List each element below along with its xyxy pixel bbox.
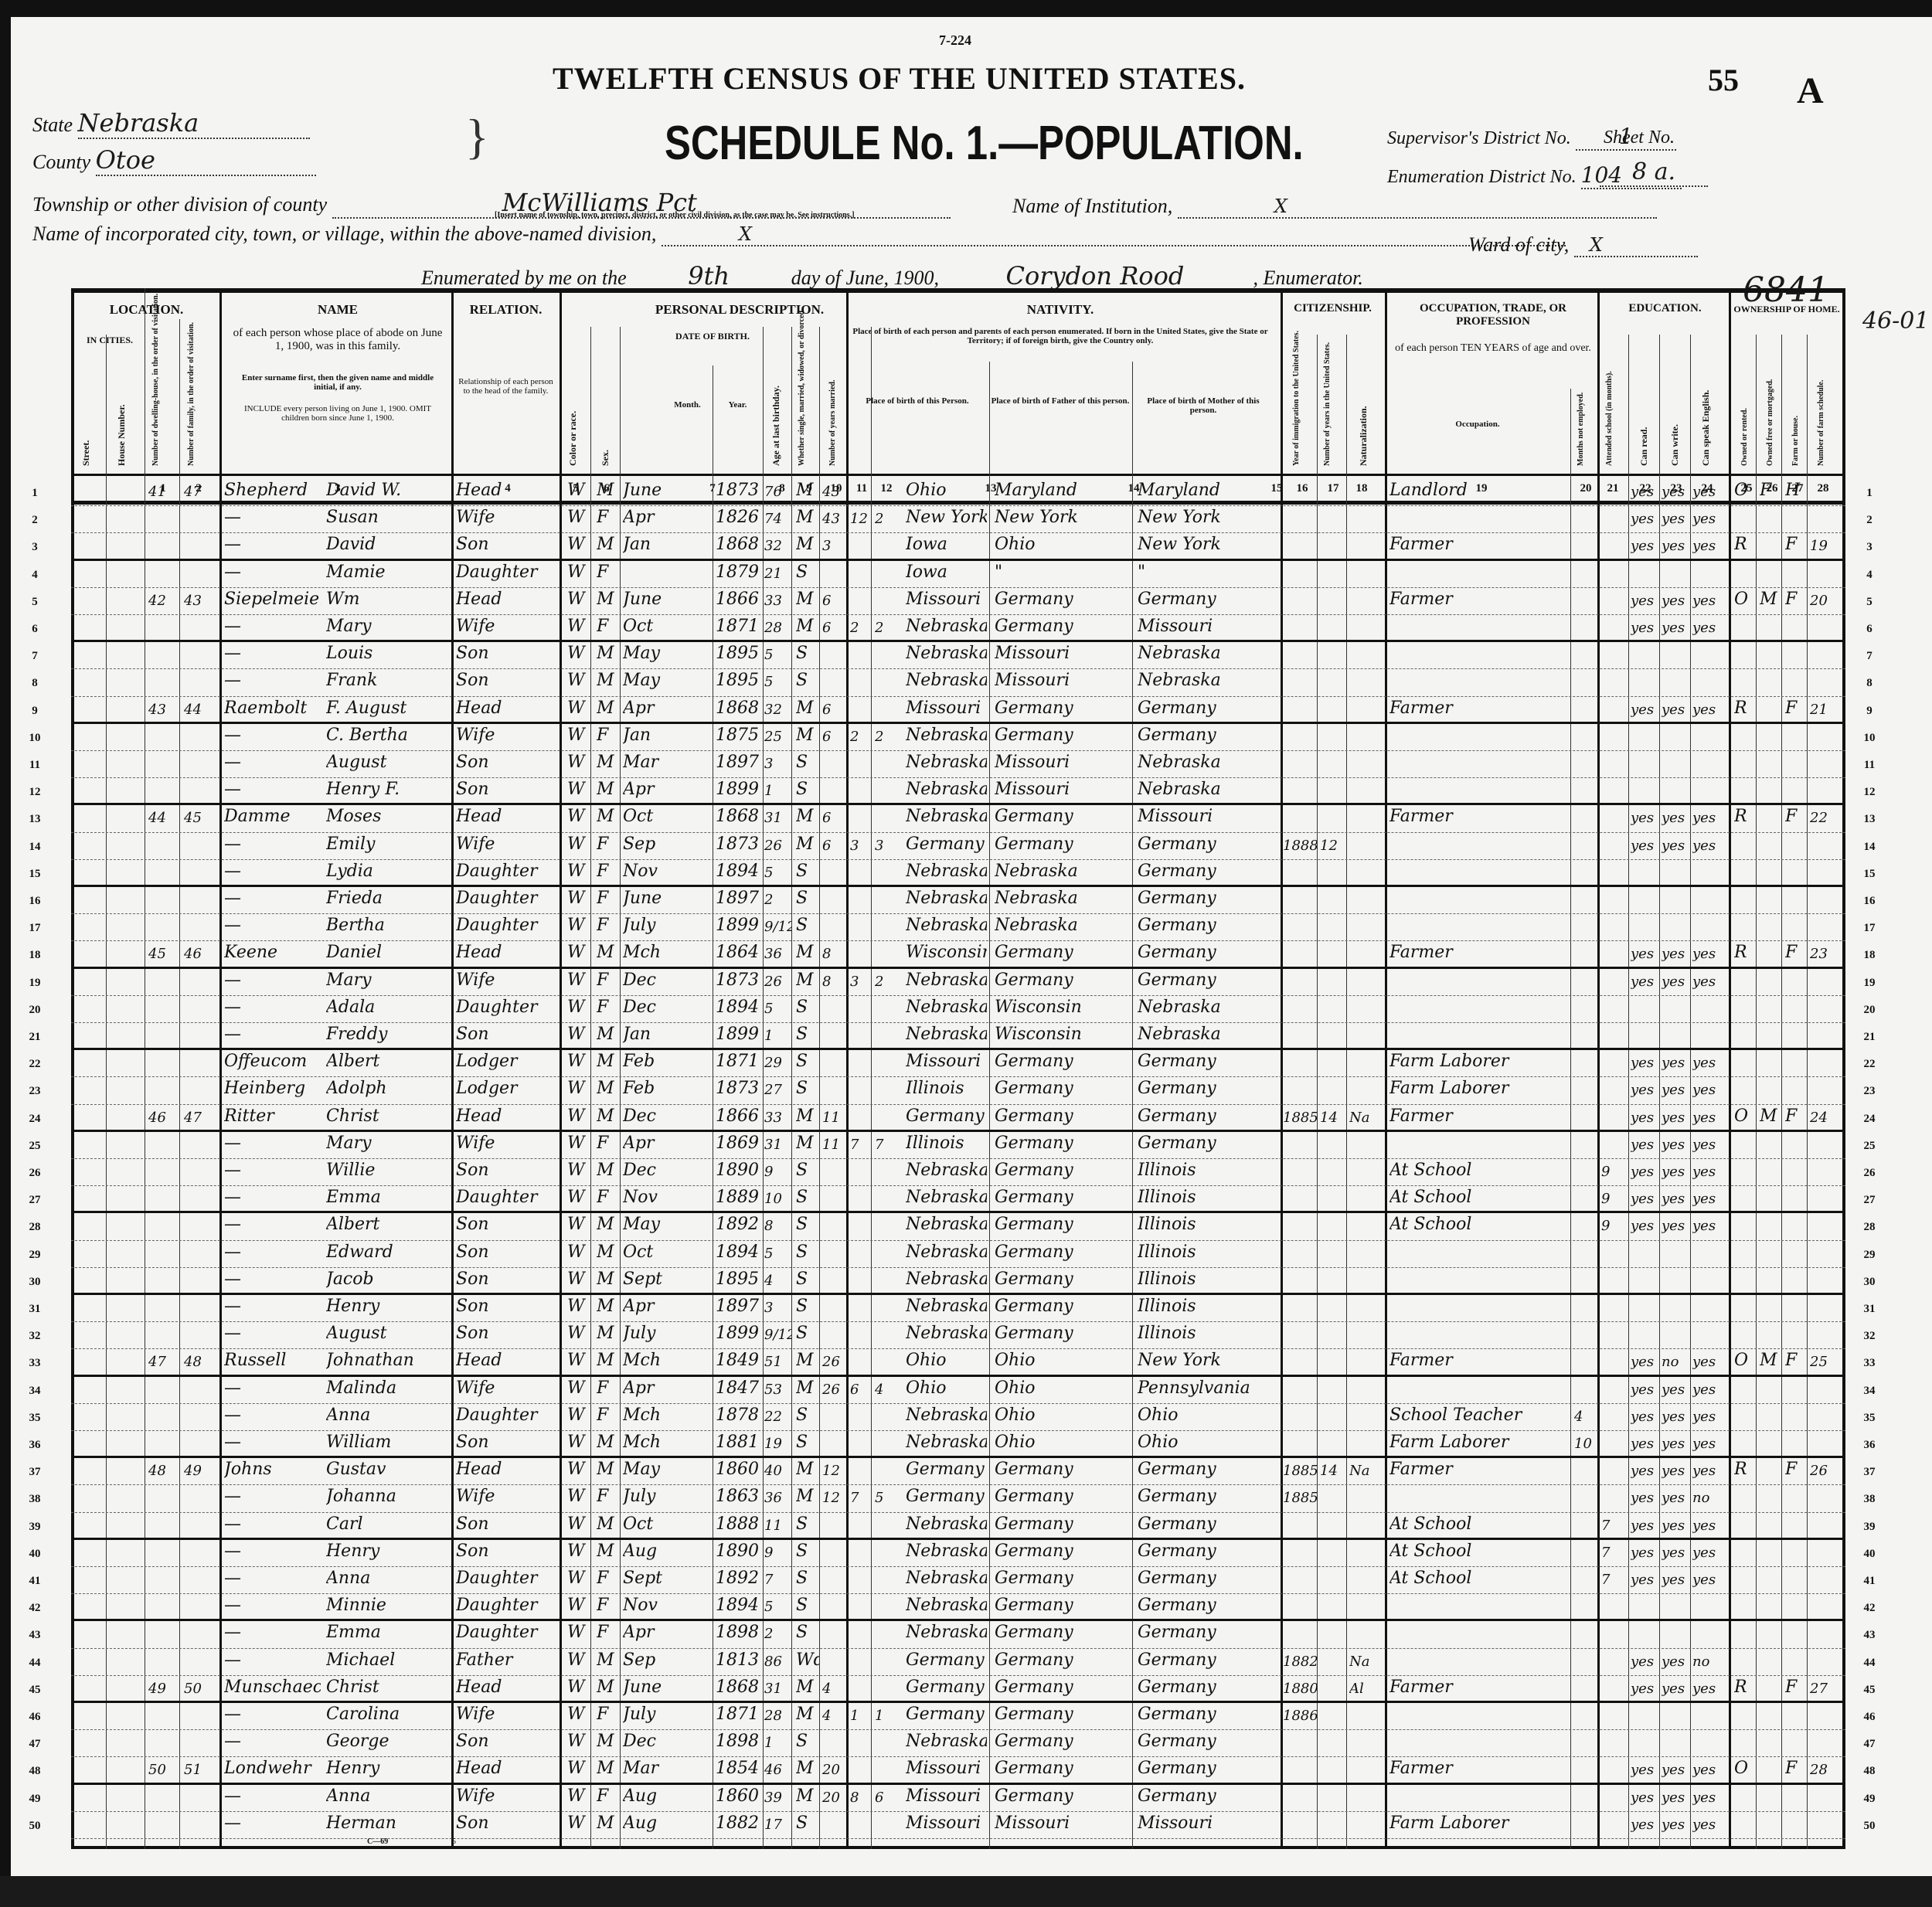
relation: Head bbox=[456, 807, 558, 826]
can-speak-english: yes bbox=[1692, 1817, 1727, 1833]
marital-status: M bbox=[796, 1378, 819, 1398]
birthplace-mother: Germany bbox=[1138, 1732, 1279, 1751]
dwelling-number: 44 bbox=[148, 810, 179, 826]
marital-status: S bbox=[796, 1052, 819, 1071]
family-header: Number of family, in the order of visita… bbox=[187, 335, 196, 466]
birth-month: Mar bbox=[623, 753, 712, 772]
birthplace-mother: Germany bbox=[1138, 1759, 1279, 1778]
children-living: 4 bbox=[875, 1382, 896, 1398]
marital-status: S bbox=[796, 916, 819, 935]
family-number: 48 bbox=[184, 1354, 219, 1370]
can-read: yes bbox=[1631, 1055, 1659, 1071]
enumerated-suffix: day of June, 1900, bbox=[791, 267, 939, 289]
naturalization: Al bbox=[1349, 1681, 1383, 1697]
given-name: Christ bbox=[326, 1678, 450, 1697]
birthplace-father: Germany bbox=[995, 1650, 1130, 1670]
birth-month: Apr bbox=[623, 1134, 712, 1153]
surname: Londwehr bbox=[224, 1759, 321, 1778]
birthplace-person: Nebraska bbox=[906, 862, 987, 881]
sex: F bbox=[597, 889, 620, 908]
school-months: 7 bbox=[1601, 1545, 1628, 1561]
line-number-right: 13 bbox=[1858, 813, 1881, 826]
can-read: yes bbox=[1631, 593, 1659, 609]
can-speak-english: yes bbox=[1692, 538, 1727, 554]
surname: — bbox=[224, 671, 321, 690]
line-number: 40 bbox=[23, 1548, 46, 1561]
surname: — bbox=[224, 617, 321, 636]
birthplace-father: Germany bbox=[995, 1678, 1130, 1697]
year-heading: Year. bbox=[713, 400, 763, 410]
sex: M bbox=[597, 1351, 620, 1370]
can-read: yes bbox=[1631, 1137, 1659, 1153]
color-race: W bbox=[567, 943, 590, 962]
can-read: yes bbox=[1631, 538, 1659, 554]
birthplace-father: Germany bbox=[995, 943, 1130, 962]
given-name: Adolph bbox=[326, 1079, 450, 1098]
relation: Son bbox=[456, 1324, 558, 1343]
month-heading: Month. bbox=[662, 400, 713, 410]
in-cities-heading: IN CITIES. bbox=[71, 335, 148, 346]
mother-of-children: 7 bbox=[850, 1490, 871, 1506]
birthplace-father: Missouri bbox=[995, 753, 1130, 772]
line-number: 15 bbox=[23, 868, 46, 881]
years-married-header: Number of years married. bbox=[828, 319, 837, 466]
line-number: 27 bbox=[23, 1194, 46, 1207]
free-mortgaged: M bbox=[1760, 1106, 1781, 1126]
family-number: 50 bbox=[184, 1681, 219, 1697]
given-name: Albert bbox=[326, 1052, 450, 1071]
birth-month: Feb bbox=[623, 1079, 712, 1098]
can-read: yes bbox=[1631, 511, 1659, 527]
given-name: Mary bbox=[326, 970, 450, 990]
birth-month: Mch bbox=[623, 943, 712, 962]
supervisor-label: Supervisor's District No. bbox=[1387, 128, 1571, 148]
birth-month: Oct bbox=[623, 617, 712, 636]
color-race: W bbox=[567, 1650, 590, 1670]
sex: M bbox=[597, 644, 620, 663]
birth-month: Aug bbox=[623, 1786, 712, 1806]
surname: — bbox=[224, 1732, 321, 1751]
line-number-right: 12 bbox=[1858, 786, 1881, 799]
scan-edge-bottom bbox=[0, 1876, 1932, 1907]
marital-status: M bbox=[796, 699, 819, 718]
birthplace-mother: New York bbox=[1138, 535, 1279, 554]
line-number-right: 37 bbox=[1858, 1466, 1881, 1479]
color-race: W bbox=[567, 1378, 590, 1398]
birthplace-person: Nebraska bbox=[906, 726, 987, 745]
sex: M bbox=[597, 1161, 620, 1180]
birthplace-father: Germany bbox=[995, 1079, 1130, 1098]
birthplace-father: Maryland bbox=[995, 481, 1130, 500]
surname: — bbox=[224, 1134, 321, 1153]
mother-of-children: 6 bbox=[850, 1382, 871, 1398]
dwelling-number: 48 bbox=[148, 1463, 179, 1479]
age: 36 bbox=[764, 946, 791, 962]
years-married: 11 bbox=[822, 1110, 845, 1126]
color-race: W bbox=[567, 1270, 590, 1289]
marital-status: S bbox=[796, 1514, 819, 1534]
surname: — bbox=[224, 1650, 321, 1670]
years-married: 43 bbox=[822, 511, 845, 527]
color-race: W bbox=[567, 1814, 590, 1833]
surname: — bbox=[224, 1378, 321, 1398]
enumerator-name: Corydon Rood bbox=[944, 261, 1253, 292]
relation: Wife bbox=[456, 1378, 558, 1398]
owned-rented: R bbox=[1734, 1460, 1756, 1479]
birthplace-mother: Nebraska bbox=[1138, 998, 1279, 1017]
line-number: 48 bbox=[23, 1765, 46, 1778]
age: 28 bbox=[764, 620, 791, 636]
dwelling-number: 49 bbox=[148, 1681, 179, 1697]
can-write: yes bbox=[1662, 1790, 1690, 1806]
line-number-right: 8 bbox=[1858, 677, 1881, 690]
farm-schedule-number: 26 bbox=[1810, 1463, 1841, 1479]
years-married: 8 bbox=[822, 974, 845, 990]
age: 5 bbox=[764, 1001, 791, 1017]
occupation: Farmer bbox=[1389, 807, 1569, 826]
birthplace-mother: Germany bbox=[1138, 1596, 1279, 1615]
birthplace-person: Nebraska bbox=[906, 1732, 987, 1751]
given-name: David bbox=[326, 535, 450, 554]
owned-rented: O bbox=[1734, 590, 1756, 609]
line-number: 6 bbox=[23, 623, 46, 636]
sex: F bbox=[597, 1406, 620, 1425]
can-read: yes bbox=[1631, 1817, 1659, 1833]
given-name: Albert bbox=[326, 1215, 450, 1234]
can-read: yes bbox=[1631, 1545, 1659, 1561]
can-read: yes bbox=[1631, 1436, 1659, 1452]
birth-month: Nov bbox=[623, 862, 712, 881]
years-married: 6 bbox=[822, 702, 845, 718]
birthplace-mother: Germany bbox=[1138, 1134, 1279, 1153]
immigration-year: 1880 bbox=[1283, 1681, 1317, 1697]
line-number-right: 45 bbox=[1858, 1684, 1881, 1697]
ward-value: X bbox=[1574, 234, 1698, 257]
county-label: County bbox=[32, 151, 90, 173]
birthplace-mother: Germany bbox=[1138, 726, 1279, 745]
relation: Head bbox=[456, 1678, 558, 1697]
given-name: Daniel bbox=[326, 943, 450, 962]
can-speak-english: no bbox=[1692, 1490, 1727, 1506]
age: 27 bbox=[764, 1082, 791, 1098]
sex: M bbox=[597, 1678, 620, 1697]
page-letter: A bbox=[1797, 70, 1824, 112]
dwelling-number: 50 bbox=[148, 1762, 179, 1778]
color-race: W bbox=[567, 699, 590, 718]
sex: F bbox=[597, 1378, 620, 1398]
table-row: 3 — David Son W M Jan 1868 32 M 3 Iowa O… bbox=[71, 533, 1845, 560]
relation: Head bbox=[456, 1106, 558, 1126]
birth-year: 1897 bbox=[716, 889, 762, 908]
can-read: yes bbox=[1631, 1490, 1659, 1506]
can-write: yes bbox=[1662, 593, 1690, 609]
occupation: School Teacher bbox=[1389, 1406, 1569, 1425]
farm-schedule-number: 27 bbox=[1810, 1681, 1841, 1697]
line-number-right: 22 bbox=[1858, 1058, 1881, 1071]
line-number-right: 1 bbox=[1858, 487, 1881, 500]
marital-status: S bbox=[796, 1161, 819, 1180]
line-number: 33 bbox=[23, 1357, 46, 1370]
education-heading: EDUCATION. bbox=[1597, 302, 1733, 315]
birthplace-mother: " bbox=[1138, 563, 1279, 582]
birth-year: 1875 bbox=[716, 726, 762, 745]
farm-schedule-header: Number of farm schedule. bbox=[1817, 335, 1825, 466]
birthplace-mother: Nebraska bbox=[1138, 753, 1279, 772]
farm-schedule-number: 19 bbox=[1810, 538, 1841, 554]
name-instruction: Enter surname first, then the given name… bbox=[230, 373, 446, 392]
birth-month: Apr bbox=[623, 1623, 712, 1642]
surname: — bbox=[224, 1406, 321, 1425]
occupation: Farmer bbox=[1389, 1759, 1569, 1778]
line-number: 28 bbox=[23, 1221, 46, 1234]
birthplace-person: Germany bbox=[906, 1106, 987, 1126]
given-name: Frank bbox=[326, 671, 450, 690]
table-row: 30 — Jacob Son W M Sept 1895 4 S Nebrask… bbox=[71, 1268, 1845, 1295]
marital-status: S bbox=[796, 1569, 819, 1588]
surname: Keene bbox=[224, 943, 321, 962]
birth-year: 1813 bbox=[716, 1650, 762, 1670]
birthplace-person: Iowa bbox=[906, 563, 987, 582]
dob-heading: DATE OF BIRTH. bbox=[662, 331, 763, 342]
marital-status: M bbox=[796, 1351, 819, 1370]
marital-status: S bbox=[796, 1215, 819, 1234]
color-race: W bbox=[567, 1025, 590, 1044]
location-heading: LOCATION. bbox=[71, 302, 222, 318]
table-row: 35 — Anna Daughter W F Mch 1878 22 S Neb… bbox=[71, 1404, 1845, 1431]
given-name: Wm bbox=[326, 590, 450, 609]
birth-year: 1869 bbox=[716, 1134, 762, 1153]
table-row: 10 — C. Bertha Wife W F Jan 1875 25 M 6 … bbox=[71, 724, 1845, 751]
table-row: 36 — William Son W M Mch 1881 19 S Nebra… bbox=[71, 1431, 1845, 1458]
line-number-right: 20 bbox=[1858, 1004, 1881, 1017]
marital-status: S bbox=[796, 998, 819, 1017]
surname: — bbox=[224, 1623, 321, 1642]
age: 9 bbox=[764, 1164, 791, 1180]
line-number-right: 50 bbox=[1858, 1820, 1881, 1833]
can-read: yes bbox=[1631, 1681, 1659, 1697]
age: 10 bbox=[764, 1191, 791, 1207]
relation: Head bbox=[456, 943, 558, 962]
table-row: 41 — Anna Daughter W F Sept 1892 7 S Neb… bbox=[71, 1567, 1845, 1594]
given-name: Johnathan bbox=[326, 1351, 450, 1370]
sex: M bbox=[597, 1215, 620, 1234]
marital-status: M bbox=[796, 617, 819, 636]
family-number: 49 bbox=[184, 1463, 219, 1479]
surname: Russell bbox=[224, 1351, 321, 1370]
birth-month: Sep bbox=[623, 835, 712, 854]
can-speak-english: yes bbox=[1692, 1164, 1727, 1180]
line-number: 23 bbox=[23, 1085, 46, 1098]
birthplace-person: Nebraska bbox=[906, 1433, 987, 1452]
years-in-us: 14 bbox=[1320, 1463, 1346, 1479]
surname: Johns bbox=[224, 1460, 321, 1479]
township-label: Township or other division of county bbox=[32, 193, 327, 216]
occupation: At School bbox=[1389, 1215, 1569, 1234]
marital-status: M bbox=[796, 970, 819, 990]
surname: Ritter bbox=[224, 1106, 321, 1126]
immigration-header: Year of immigration to the United States… bbox=[1292, 342, 1301, 466]
birthplace-father: Germany bbox=[995, 1134, 1130, 1153]
birth-year: 1873 bbox=[716, 835, 762, 854]
birthplace-father: Germany bbox=[995, 617, 1130, 636]
can-write: yes bbox=[1662, 1164, 1690, 1180]
farm-house: F bbox=[1785, 1678, 1807, 1697]
color-race: W bbox=[567, 1188, 590, 1207]
name-include-instruction: INCLUDE every person living on June 1, 1… bbox=[230, 404, 446, 423]
birthplace-mother: Pennsylvania bbox=[1138, 1378, 1279, 1398]
years-married: 11 bbox=[822, 1137, 845, 1153]
sex: M bbox=[597, 671, 620, 690]
birthplace-father: Germany bbox=[995, 1487, 1130, 1506]
birthplace-father: Nebraska bbox=[995, 889, 1130, 908]
birth-mother-heading: Place of birth of Mother of this person. bbox=[1134, 396, 1273, 415]
can-speak-english: yes bbox=[1692, 511, 1727, 527]
farm-schedule-number: 25 bbox=[1810, 1354, 1841, 1370]
birth-month: Sept bbox=[623, 1270, 712, 1289]
age: 1 bbox=[764, 1735, 791, 1751]
owned-rented: R bbox=[1734, 807, 1756, 826]
marital-status: S bbox=[796, 671, 819, 690]
owned-rented: O bbox=[1734, 1351, 1756, 1370]
years-married: 20 bbox=[822, 1762, 845, 1778]
birthplace-father: Ohio bbox=[995, 535, 1130, 554]
marital-status: S bbox=[796, 1079, 819, 1098]
birth-year: 1871 bbox=[716, 1705, 762, 1724]
birthplace-mother: Missouri bbox=[1138, 617, 1279, 636]
years-married: 3 bbox=[822, 538, 845, 554]
years-married: 26 bbox=[822, 1382, 845, 1398]
sex: M bbox=[597, 1270, 620, 1289]
table-row: 46 — Carolina Wife W F July 1871 28 M 4 … bbox=[71, 1703, 1845, 1730]
given-name: Gustav bbox=[326, 1460, 450, 1479]
birth-month: Dec bbox=[623, 998, 712, 1017]
birthplace-mother: Illinois bbox=[1138, 1242, 1279, 1262]
table-row: 22 Offeucom Albert Lodger W M Feb 1871 2… bbox=[71, 1050, 1845, 1077]
given-name: Emma bbox=[326, 1623, 450, 1642]
table-row: 18 45 46 Keene Daniel Head W M Mch 1864 … bbox=[71, 941, 1845, 968]
enumerated-day: 9th bbox=[631, 261, 786, 292]
table-row: 19 — Mary Wife W F Dec 1873 26 M 8 3 2 N… bbox=[71, 969, 1845, 996]
relation: Daughter bbox=[456, 1569, 558, 1588]
given-name: F. August bbox=[326, 699, 450, 718]
birth-year: 1894 bbox=[716, 1596, 762, 1615]
occupation: Farmer bbox=[1389, 699, 1569, 718]
birthplace-mother: Maryland bbox=[1138, 481, 1279, 500]
occupation: Landlord bbox=[1389, 481, 1569, 500]
table-row: 37 48 49 Johns Gustav Head W M May 1860 … bbox=[71, 1458, 1845, 1485]
birthplace-person: Nebraska bbox=[906, 671, 987, 690]
birth-month: July bbox=[623, 1324, 712, 1343]
line-number-right: 15 bbox=[1858, 868, 1881, 881]
line-number-right: 39 bbox=[1858, 1521, 1881, 1534]
color-race: W bbox=[567, 726, 590, 745]
birth-year: 1879 bbox=[716, 563, 762, 582]
birthplace-mother: New York bbox=[1138, 1351, 1279, 1370]
sex: F bbox=[597, 1569, 620, 1588]
birthplace-father: Missouri bbox=[995, 671, 1130, 690]
line-number: 5 bbox=[23, 596, 46, 609]
can-speak-english: yes bbox=[1692, 1055, 1727, 1071]
line-number-right: 31 bbox=[1858, 1303, 1881, 1316]
table-row: 11 — August Son W M Mar 1897 3 S Nebrask… bbox=[71, 751, 1845, 778]
color-race: W bbox=[567, 998, 590, 1017]
marital-status: S bbox=[796, 780, 819, 799]
county-value: Otoe bbox=[96, 145, 316, 176]
can-read: yes bbox=[1631, 1164, 1659, 1180]
table-row: 39 — Carl Son W M Oct 1888 11 S Nebraska… bbox=[71, 1513, 1845, 1540]
age: 9/12 bbox=[764, 1327, 791, 1343]
color-race: W bbox=[567, 1079, 590, 1098]
years-in-us: 14 bbox=[1320, 1110, 1346, 1126]
can-read: yes bbox=[1631, 484, 1659, 500]
can-read: yes bbox=[1631, 1110, 1659, 1126]
line-number: 7 bbox=[23, 650, 46, 663]
line-number-right: 5 bbox=[1858, 596, 1881, 609]
age: 53 bbox=[764, 1382, 791, 1398]
marital-status: M bbox=[796, 481, 819, 500]
dwelling-header: Number of dwelling-house, in the order o… bbox=[151, 335, 160, 466]
can-write: yes bbox=[1662, 1191, 1690, 1207]
occupation: Farmer bbox=[1389, 535, 1569, 554]
relation: Son bbox=[456, 644, 558, 663]
can-read: yes bbox=[1631, 1790, 1659, 1806]
birth-month: Apr bbox=[623, 1297, 712, 1316]
line-number-right: 10 bbox=[1858, 732, 1881, 745]
marital-status: M bbox=[796, 807, 819, 826]
relation: Wife bbox=[456, 1705, 558, 1724]
sheet-label: Sheet No. bbox=[1604, 127, 1675, 148]
line-number-right: 2 bbox=[1858, 514, 1881, 527]
can-speak-english: yes bbox=[1692, 1137, 1727, 1153]
surname: — bbox=[224, 1596, 321, 1615]
sex: M bbox=[597, 753, 620, 772]
birth-month: Aug bbox=[623, 1814, 712, 1833]
immigration-year: 1885 bbox=[1283, 1463, 1317, 1479]
birthplace-person: Missouri bbox=[906, 1814, 987, 1833]
color-race: W bbox=[567, 1623, 590, 1642]
relation: Wife bbox=[456, 617, 558, 636]
birthplace-mother: Nebraska bbox=[1138, 644, 1279, 663]
mother-of-children: 7 bbox=[850, 1137, 871, 1153]
given-name: Christ bbox=[326, 1106, 450, 1126]
given-name: Jacob bbox=[326, 1270, 450, 1289]
given-name: Minnie bbox=[326, 1596, 450, 1615]
sex: M bbox=[597, 1025, 620, 1044]
marital-header: Whether single, married, widowed, or div… bbox=[798, 319, 806, 466]
can-read: yes bbox=[1631, 1082, 1659, 1098]
line-number: 43 bbox=[23, 1629, 46, 1642]
can-write-header: Can write. bbox=[1669, 389, 1681, 466]
surname: — bbox=[224, 970, 321, 990]
sex: F bbox=[597, 1786, 620, 1806]
birthplace-person: Nebraska bbox=[906, 1406, 987, 1425]
birth-year: 1866 bbox=[716, 590, 762, 609]
marital-status: M bbox=[796, 943, 819, 962]
birth-year: 1868 bbox=[716, 699, 762, 718]
table-row: 44 — Michael Father W M Sep 1813 86 Wd G… bbox=[71, 1649, 1845, 1676]
table-row: 43 — Emma Daughter W F Apr 1898 2 S Nebr… bbox=[71, 1621, 1845, 1648]
relation-description: Relationship of each person to the head … bbox=[457, 377, 554, 396]
can-speak-english: yes bbox=[1692, 1218, 1727, 1234]
color-race: W bbox=[567, 590, 590, 609]
line-number-right: 33 bbox=[1858, 1357, 1881, 1370]
immigration-year: 1882 bbox=[1283, 1654, 1317, 1670]
line-number-right: 26 bbox=[1858, 1167, 1881, 1180]
line-number: 18 bbox=[23, 949, 46, 962]
birth-month: June bbox=[623, 590, 712, 609]
birthplace-mother: Germany bbox=[1138, 699, 1279, 718]
age: 86 bbox=[764, 1654, 791, 1670]
